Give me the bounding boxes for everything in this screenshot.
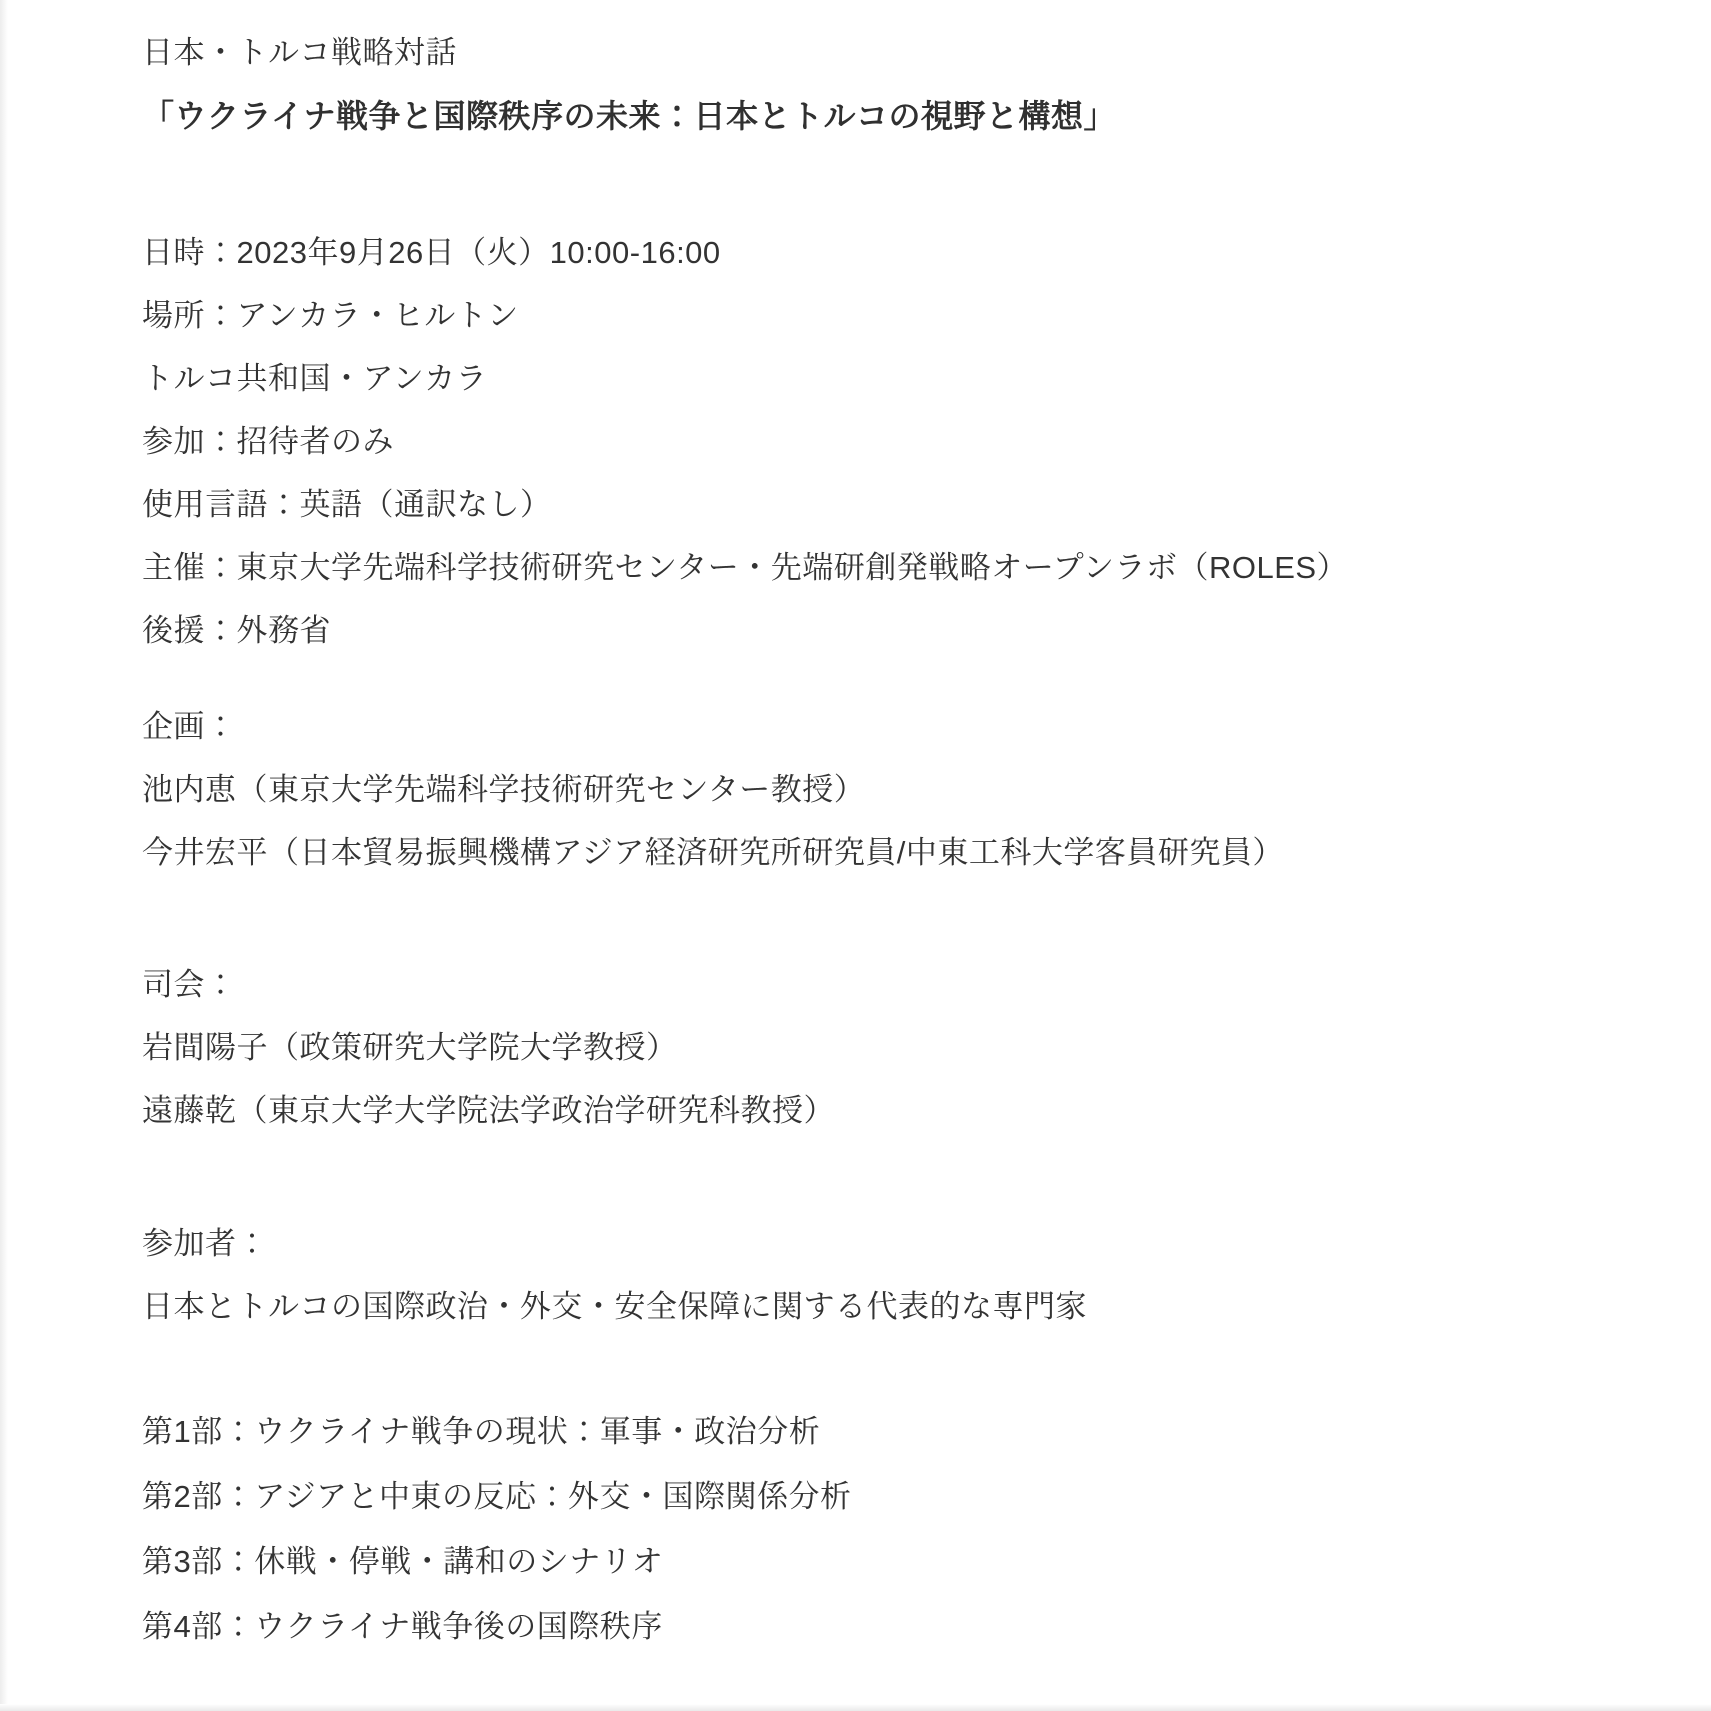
detail-language: 使用言語：英語（通訳なし） [142,488,1601,522]
event-title: 「ウクライナ戦争と国際秩序の未来：日本とトルコの視野と構想」 [142,99,1601,133]
session-item-2: 第2部：アジアと中東の反応：外交・国際関係分析 [142,1480,1601,1514]
moderator-member: 遠藤乾（東京大学大学院法学政治学研究科教授） [142,1094,1601,1128]
detail-attendance: 参加：招待者のみ [142,425,1601,459]
detail-datetime: 日時：2023年9月26日（火）10:00-16:00 [142,236,1601,270]
planning-member: 今井宏平（日本貿易振興機構アジア経済研究所研究員/中東工科大学客員研究員） [142,836,1601,870]
participants-description: 日本とトルコの国際政治・外交・安全保障に関する代表的な専門家 [142,1290,1601,1324]
detail-support: 後援：外務省 [142,614,1601,648]
moderator-heading: 司会： [142,968,1601,1002]
moderator-member: 岩間陽子（政策研究大学院大学教授） [142,1031,1601,1065]
document-page: 日本・トルコ戦略対話 「ウクライナ戦争と国際秩序の未来：日本とトルコの視野と構想… [0,0,1711,1711]
document-content: 日本・トルコ戦略対話 「ウクライナ戦争と国際秩序の未来：日本とトルコの視野と構想… [0,0,1711,1644]
planning-heading: 企画： [142,710,1601,744]
planning-member: 池内恵（東京大学先端科学技術研究センター教授） [142,773,1601,807]
session-item-4: 第4部：ウクライナ戦争後の国際秩序 [142,1610,1601,1644]
detail-location: トルコ共和国・アンカラ [142,362,1601,396]
session-item-1: 第1部：ウクライナ戦争の現状：軍事・政治分析 [142,1415,1601,1449]
page-bottom-edge [0,1704,1711,1711]
detail-venue: 場所：アンカラ・ヒルトン [142,299,1601,333]
event-name: 日本・トルコ戦略対話 [142,36,1601,70]
session-item-3: 第3部：休戦・停戦・講和のシナリオ [142,1545,1601,1579]
detail-organizer: 主催：東京大学先端科学技術研究センター・先端研創発戦略オープンラボ（ROLES） [142,551,1601,585]
participants-heading: 参加者： [142,1227,1601,1261]
